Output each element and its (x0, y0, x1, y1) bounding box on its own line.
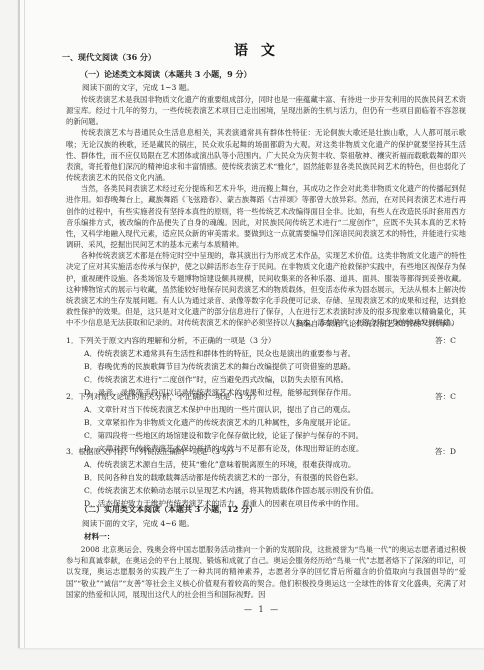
page-border-line (24, 0, 25, 648)
question-3: 3．根据原文内容，下列说法正确的一项是（3 分） 答：D A．传统表演艺术源自生… (66, 445, 466, 510)
option-b: B．春晚优秀的民族歌舞节目为传统表演艺术的舞台改编提供了可资借鉴的思路。 (66, 360, 466, 373)
page-number: — 1 — (244, 605, 280, 614)
part1-instruction: 阅读下面的文字，完成 1~3 题。 (82, 82, 194, 93)
passage-paragraph: 当然，各类民间表演艺术经过充分提炼和艺术升华，进而搬上舞台，其成功之作会对此类非… (66, 183, 466, 250)
option-c: C．第四段将一些地区的场馆建设和数字化保存做比较，论证了保护与保存的不同。 (66, 429, 466, 442)
question-answer: 答：D (435, 445, 456, 458)
question-answer: 答：C (435, 334, 456, 347)
passage-paragraph: 各种传统表演艺术都是在特定时空中呈现的，靠其演出行为形成艺术作品，实现艺术价值。… (66, 250, 466, 328)
part2-heading: （二）实用类文本阅读（本题共 3 小题，12 分） (80, 504, 257, 515)
question-answer: 答：C (435, 390, 456, 403)
option-c: C．传统表演艺术依赖动态展示以呈现艺术内涵，将其物质载体作固态展示则没有价值。 (66, 484, 466, 497)
part1-heading: （一）论述类文本阅读（本题共 3 小题，9 分） (80, 69, 252, 80)
part1-passage: 传统表演艺术是我国非物质文化遗产的重要组成部分，同时也是一座蕴藏丰富、有待进一步… (66, 94, 466, 328)
option-b: B．民间各种自发的载歌载舞活动都是传统表演艺术的一部分，有很强的民俗色彩。 (66, 471, 466, 484)
material-label: 材料一： (84, 531, 114, 542)
passage-paragraph: 传统表演艺术是我国非物质文化遗产的重要组成部分，同时也是一座蕴藏丰富、有待进一步… (66, 94, 466, 127)
option-a: A．文章针对当下传统表演艺术保护中出现的一些片面认识，提出了自己的观点。 (66, 403, 466, 416)
option-a: A．传统表演艺术源自生活，使其“雅化”意味着脱离原生的环境，很难获得成功。 (66, 458, 466, 471)
question-stem: 2．下列对原文论证的相关分析，不正确的一项是（3 分） (66, 390, 260, 403)
option-c: C．传统表演艺术进行“二度创作”时，应当避免西式改编，以防失去原有风格。 (66, 373, 466, 386)
passage-paragraph: 2008 北京奥运会、残奥会将中国志愿服务活动推向一个新的发展阶段，这批被誉为“… (66, 544, 466, 600)
section-heading-modern-reading: 一、现代文阅读（36 分） (62, 52, 156, 63)
page-title: 语 文 (234, 40, 279, 60)
question-stem: 1．下列关于原文内容的理解和分析，不正确的一项是（3 分） (66, 334, 276, 347)
question-stem: 3．根据原文内容，下列说法正确的一项是（3 分） (66, 445, 238, 458)
part2-passage: 2008 北京奥运会、残奥会将中国志愿服务活动推向一个新的发展阶段，这批被誉为“… (66, 544, 466, 600)
option-b: B．文章紧扣作为非物质文化遗产的传统表演艺术的几种属性，多角度展开论证。 (66, 416, 466, 429)
passage-source: （摘编自李荣启《论传统表演艺术的保护与传承》） (288, 318, 459, 329)
part2-instruction: 阅读下面的文字，完成 4~6 题。 (82, 518, 194, 529)
option-a: A．传统表演艺术通常具有生活性和群体性的特征，民众也是演出的重要参与者。 (66, 347, 466, 360)
passage-paragraph: 传统表演艺术与普通民众生活息息相关，其表演通常具有群体性特征：无论侗族大歌还是壮… (66, 127, 466, 183)
